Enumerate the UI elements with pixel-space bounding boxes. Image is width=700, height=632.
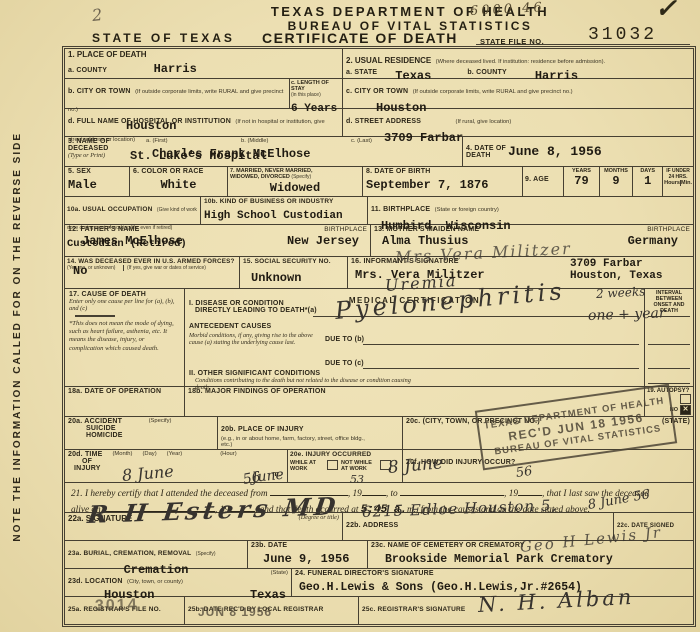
field-burial-location: 23d. LOCATION (City, town, or county) (S… [65,569,292,597]
pencil-number: 2 [91,5,103,25]
father-birthplace-value: New Jersey [287,234,359,248]
field-business-industry: 10b. KIND OF BUSINESS OR INDUSTRY High S… [201,197,368,225]
checkmark-icon: ✓ [655,0,677,24]
field-sex: 5. SEX Male [65,167,130,197]
registrar-file-no-stamp: 3014 [95,596,139,616]
attended-from-year-handwriting: 53 [350,473,364,486]
field-usual-residence: 2. USUAL RESIDENCE (Where deceased lived… [343,49,693,79]
ssn-value: Unknown [251,271,301,285]
sex-value: Male [68,178,97,192]
informant-address1-value: 3709 Farbar [570,258,690,270]
autopsy-yes-checkbox [680,394,691,404]
interval-b-handwriting: one + year [588,305,666,324]
date-of-death-value: June 8, 1956 [508,144,602,159]
field-age: 9. AGE YEARS 79 MONTHS 9 DAYS 1 IF UNDER… [523,167,693,197]
county-value: Harris [154,62,197,76]
date-received-stamp: JUN 8 1956 [198,605,272,619]
field-residence-city: c. CITY OR TOWN (If outside corporate li… [343,79,693,109]
header-title: CERTIFICATE OF DEATH [262,30,458,46]
race-value: White [160,178,196,192]
while-at-work-checkbox [327,460,338,470]
field-name-of-deceased: 3. NAME OF DECEASED (Type or Print) a. (… [65,137,463,167]
place-of-death-label: 1. PLACE OF DEATH [68,50,339,59]
marital-value: Widowed [270,181,320,195]
armed-forces-value: No [73,264,87,278]
field-burial-type: 23a. BURIAL, CREMATION, REMOVAL (Specify… [65,541,248,569]
field-length-of-stay: c. LENGTH OF STAY (in this place) 6 Year… [290,79,343,109]
father-name-value: James McElhose [82,234,183,248]
field-usual-occupation: 10a. USUAL OCCUPATION (Give kind of work… [65,197,201,225]
header-state-of-texas: STATE OF TEXAS [92,31,235,45]
field-city-of-death: b. CITY OR TOWN (If outside corporate li… [65,79,290,109]
field-color-or-race: 6. COLOR OR RACE White [130,167,228,197]
burial-date-value: June 9, 1956 [263,552,349,566]
autopsy-no-checkbox: ✕ [680,405,691,415]
interval-a-handwriting: 2 weeks [596,284,646,301]
deceased-name-value: Charles Frank McElhose [152,147,310,161]
field-interval-column: INTERVAL BETWEEN ONSET AND DEATH [645,289,693,387]
field-date-of-birth: 8. DATE OF BIRTH September 7, 1876 [363,167,523,197]
industry-value: High School Custodian [204,210,343,222]
informant-address2-value: Houston, Texas [570,270,690,282]
mother-birthplace-value: Germany [628,234,678,248]
age-years-value: 79 [566,174,597,188]
field-street-address: d. STREET ADDRESS (If rural, give locati… [343,109,693,137]
field-place-of-injury: 20b. PLACE OF INJURY (e.g., in or about … [218,417,403,450]
field-hospital: d. FULL NAME OF HOSPITAL OR INSTITUTION … [65,109,343,137]
field-fathers-name: 12. FATHER'S NAME BIRTHPLACE James McElh… [65,225,371,257]
attended-to-year-handwriting: 56 [515,464,533,481]
field-cause-of-death-notes: 17. CAUSE OF DEATH Enter only one cause … [65,289,185,387]
field-injury-occurred: 20e. INJURY OCCURRED WHILE AT WORK NOT W… [288,450,403,483]
margin-note: NOTE THE INFORMATION CALLED FOR ON THE R… [2,46,32,627]
age-months-value: 9 [602,174,631,188]
state-file-no-value: 31032 [588,25,657,45]
date-of-birth-value: September 7, 1876 [366,178,488,192]
cemetery-value: Brookside Memorial Park Crematory [385,553,613,566]
alive-on-year-handwriting: 56 [242,469,262,488]
field-armed-forces: 14. WAS DECEASED EVER IN U.S. ARMED FORC… [65,257,240,289]
field-burial-date: 23b. DATE June 9, 1956 [248,541,368,569]
field-birthplace: 11. BIRTHPLACE (State or foreign country… [368,197,693,225]
field-marital-status: 7. MARRIED, NEVER MARRIED, WIDOWED, DIVO… [228,167,363,197]
death-certificate-scan: TEXAS DEPARTMENT OF HEALTH BUREAU OF VIT… [0,0,700,632]
field-date-of-operation: 18a. DATE OF OPERATION [65,387,185,417]
field-accident-suicide-homicide: 20a. ACCIDENT SUICIDE HOMICIDE (Specify) [65,417,218,450]
field-place-of-death: 1. PLACE OF DEATH a. COUNTY Harris [65,49,343,79]
field-ssn: 15. SOCIAL SECURITY NO. Unknown [240,257,348,289]
age-days-value: 1 [635,174,660,188]
field-date-of-death: 4. DATE OF DEATH June 8, 1956 [463,137,693,167]
